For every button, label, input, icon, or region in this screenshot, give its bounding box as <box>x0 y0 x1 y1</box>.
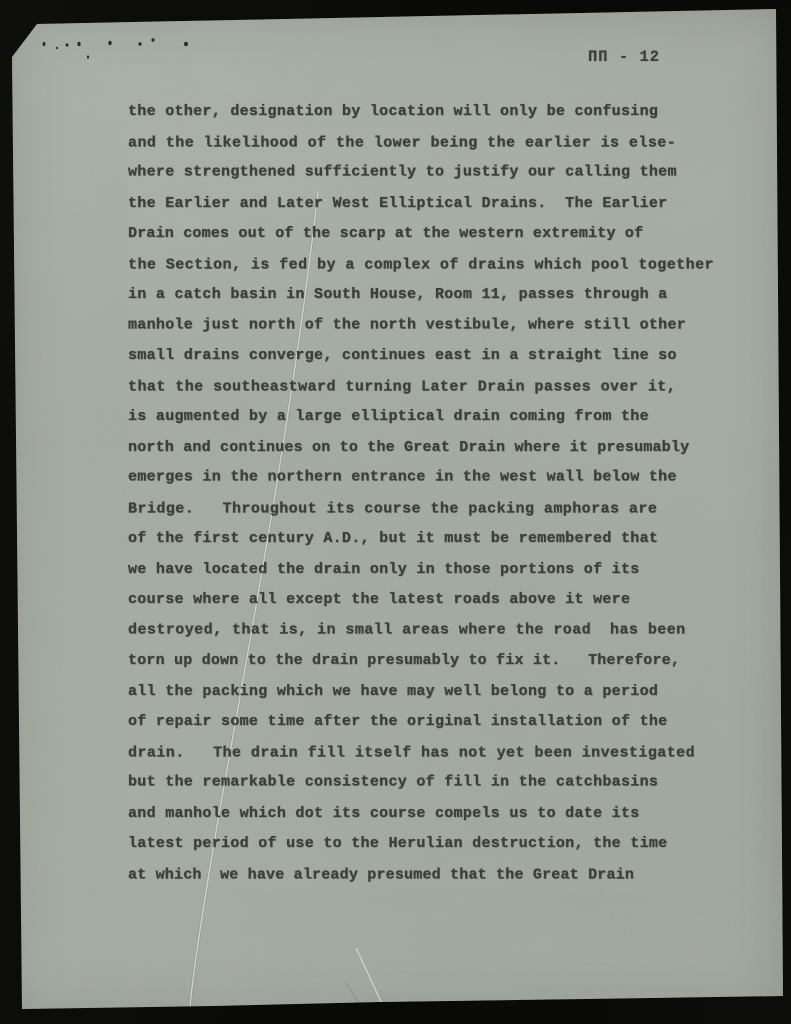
document-page: ΠΠ - 12 the other, designation by locati… <box>0 0 791 1024</box>
text-line: that the southeastward turning Later Dra… <box>128 372 728 403</box>
text-line: and the likelihood of the lower being th… <box>128 128 728 158</box>
text-line: course where all except the latest roads… <box>128 585 728 616</box>
page-number: ΠΠ - 12 <box>588 48 660 66</box>
text-line: north and continues on to the Great Drai… <box>128 433 728 464</box>
text-line: all the packing which we have may well b… <box>128 677 728 708</box>
text-line: and manhole which dot its course compels… <box>128 799 728 830</box>
text-line: but the remarkable consistency of fill i… <box>128 768 728 799</box>
text-line: in a catch basin in South House, Room 11… <box>128 280 728 311</box>
text-line: the Earlier and Later West Elliptical Dr… <box>128 189 728 220</box>
text-line: latest period of use to the Herulian des… <box>128 829 728 860</box>
text-line: destroyed, that is, in small areas where… <box>128 615 728 646</box>
text-line: Drain comes out of the scarp at the west… <box>128 219 728 250</box>
text-line: emerges in the northern entrance in the … <box>128 463 728 494</box>
text-line: where strengthened sufficiently to justi… <box>128 158 728 189</box>
text-line: the other, designation by location will … <box>128 97 728 128</box>
text-line: torn up down to the drain presumably to … <box>128 646 728 677</box>
scan-background: ΠΠ - 12 the other, designation by locati… <box>0 0 791 1024</box>
text-line: we have located the drain only in those … <box>128 555 728 586</box>
text-line: the Section, is fed by a complex of drai… <box>128 250 728 281</box>
text-line: Bridge. Throughout its course the packin… <box>128 494 728 525</box>
text-line: is augmented by a large elliptical drain… <box>128 402 728 433</box>
text-line: at which we have already presumed that t… <box>128 860 728 891</box>
text-line: small drains converge, continues east in… <box>128 341 728 372</box>
text-line: drain. The drain fill itself has not yet… <box>128 738 728 769</box>
text-line: of the first century A.D., but it must b… <box>128 524 728 555</box>
text-line: of repair some time after the original i… <box>128 707 728 738</box>
text-line: manhole just north of the north vestibul… <box>128 310 728 341</box>
text-column: the other, designation by location will … <box>128 97 728 890</box>
